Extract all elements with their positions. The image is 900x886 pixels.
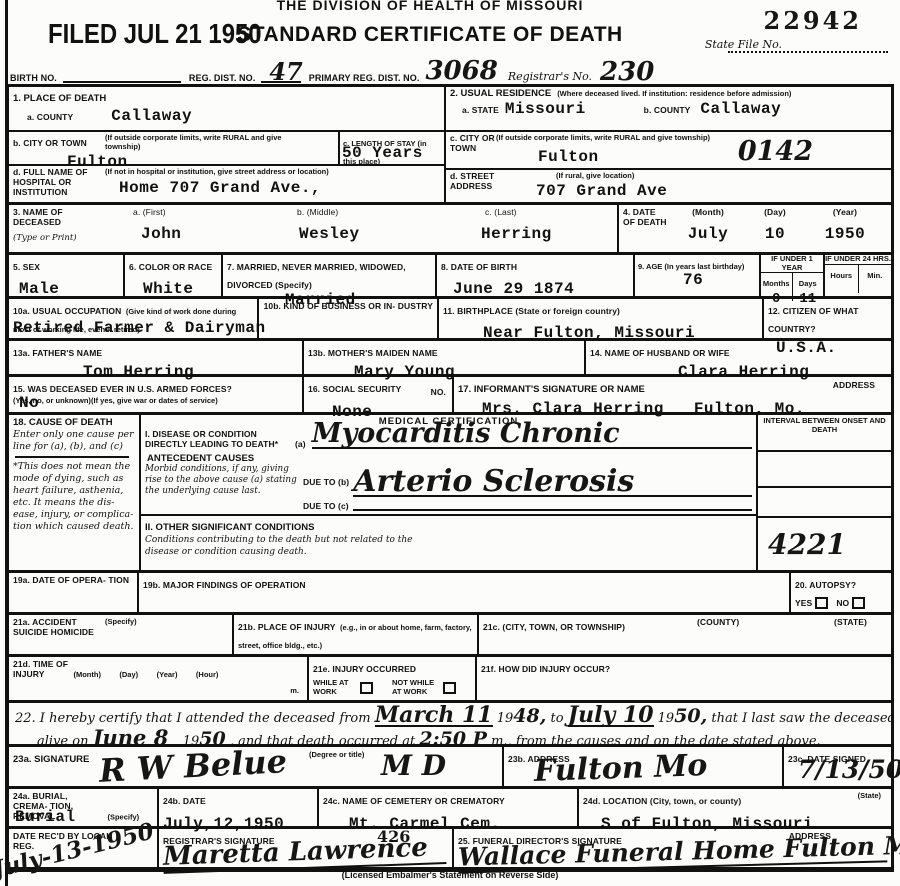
operation-date-cell: 19a. DATE OF OPERA- TION [9, 573, 139, 612]
place-county-cell: 1. PLACE OF DEATH a. COUNTY Callaway [9, 87, 444, 132]
row-operation: 19a. DATE OF OPERA- TION 19b. MAJOR FIND… [9, 573, 891, 615]
reg-dist-label: REG. DIST. NO. [189, 73, 255, 84]
cause-b-label: DUE TO (b) [303, 477, 349, 487]
death-day-value: 10 [747, 225, 803, 243]
cause-note1: Enter only one cause per line for (a), (… [13, 429, 135, 453]
place-county-label: a. COUNTY [27, 112, 73, 122]
certify-pre19a: 19 [497, 711, 514, 726]
injury-occurred-label: 21e. INJURY OCCURRED [313, 664, 416, 674]
signature-address-handwriting: Fulton Mo [533, 748, 707, 789]
how-injury-cell: 21f. HOW DID INJURY OCCUR? [477, 657, 891, 700]
burial-location-cell: 24d. LOCATION (City, town, or county) (S… [579, 789, 891, 826]
primary-reg-number: 3068 [425, 56, 497, 86]
autopsy-yes-label: YES [795, 598, 812, 608]
row-sex-race-age: 5. SEX Male 6. COLOR OR RACE White 7. MA… [9, 255, 891, 299]
place-county-value: Callaway [111, 107, 192, 125]
autopsy-no-checkbox [852, 597, 865, 609]
row-occupation: 10a. USUAL OCCUPATION (Give kind of work… [9, 299, 891, 341]
business-cell: 10b. KIND OF BUSINESS OR IN- DUSTRY [259, 299, 439, 338]
filed-stamp: FILED JUL 21 1950 [48, 17, 262, 50]
under24-label: IF UNDER 24 HRS. [825, 255, 891, 265]
residence-city-cell: c. CITY OR TOWN (If outside corporate li… [446, 132, 891, 170]
degree-label: (Degree or title) [309, 751, 364, 760]
age-cell: 9. AGE (In years last birthday) 76 IF UN… [635, 255, 891, 296]
residence-city-note: (If outside corporate limits, write RURA… [496, 134, 710, 153]
date-signed-handwriting: 7/13/50 [798, 755, 900, 784]
row-registrar: DATE REC'D BY LOCAL REG. July-13-1950 RE… [9, 829, 891, 869]
certify-year2: 50, [674, 705, 707, 727]
place-city-label: b. CITY OR TOWN [13, 138, 87, 148]
not-while-at-work-label: NOT WHILE AT WORK [392, 679, 440, 696]
cemetery-label: 24c. NAME OF CEMETERY OR CREMATORY [323, 796, 505, 806]
row-accident: 21a. ACCIDENT SUICIDE HOMICIDE (Specify)… [9, 615, 891, 657]
residence-city-label: c. CITY OR TOWN [450, 133, 496, 153]
cause-a-value: Myocarditis Chronic [312, 421, 752, 449]
place-city-cell: b. CITY OR TOWN (If outside corporate li… [9, 132, 444, 166]
cause-a-label: (a) [295, 439, 306, 449]
other-conditions-note: Conditions contributing to the death but… [145, 535, 415, 558]
birthplace-label: 11. BIRTHPLACE (State or foreign country… [443, 306, 620, 316]
certify-year1: 48, [513, 705, 546, 727]
last-name-value: Herring [481, 225, 613, 243]
residence-street-value: 707 Grand Ave [536, 182, 667, 200]
first-name-label: a. (First) [133, 207, 275, 217]
residence-state-label: a. STATE [462, 105, 499, 115]
residence-city-value: Fulton [538, 148, 599, 166]
place-city-note: (If outside corporate limits, write RURA… [105, 134, 315, 151]
date-received-cell: DATE REC'D BY LOCAL REG. July-13-1950 [9, 829, 159, 867]
injury-city-cell: 21c. (CITY, TOWN, OR TOWNSHIP) (COUNTY) … [479, 615, 891, 654]
death-date-cell: 4. DATE OF DEATH (Month) July (Day) 10 (… [619, 205, 891, 252]
autopsy-yes-checkbox [815, 597, 828, 609]
medical-certification-cell: MEDICAL CERTIFICATION I. DISEASE OR COND… [141, 415, 758, 570]
spouse-label: 14. NAME OF HUSBAND OR WIFE [590, 348, 730, 358]
row-cause-of-death: 18. CAUSE OF DEATH Enter only one cause … [9, 415, 891, 573]
ssn-cell: 16. SOCIAL SECURITY NO. None [304, 377, 454, 412]
birth-no-label: BIRTH NO. [10, 73, 57, 84]
occupation-value: Retired Farmer & Dairyman [13, 319, 266, 337]
operation-findings-label: 19b. MAJOR FINDINGS OF OPERATION [143, 580, 306, 590]
row-informant: 15. WAS DECEASED EVER IN U.S. ARMED FORC… [9, 377, 891, 415]
injury-occurred-cell: 21e. INJURY OCCURRED WHILE AT WORK NOT W… [309, 657, 477, 700]
certify-seg4: alive on [37, 734, 88, 747]
marital-label: 7. MARRIED, NEVER MARRIED, WIDOWED, DIVO… [227, 262, 406, 290]
how-injury-label: 21f. HOW DID INJURY OCCUR? [481, 664, 610, 674]
days-label: Days [799, 279, 817, 288]
certify-seg6: m., from the causes and on the date stat… [491, 734, 821, 747]
cause-label: 18. CAUSE OF DEATH [13, 417, 135, 428]
funeral-director-cell: 25. FUNERAL DIRECTOR'S SIGNATURE ADDRESS… [454, 829, 891, 867]
place-of-injury-cell: 21b. PLACE OF INJURY (e.g., in or about … [234, 615, 479, 654]
min-label: Min. [867, 271, 882, 280]
interval-line-b [758, 486, 891, 488]
armed-forces-label: 15. WAS DECEASED EVER IN U.S. ARMED FORC… [13, 384, 232, 394]
mother-cell: 13b. MOTHER'S MAIDEN NAME Mary Young [304, 341, 586, 374]
cause-sidebar-cell: 18. CAUSE OF DEATH Enter only one cause … [9, 415, 141, 570]
birth-date-cell: 8. DATE OF BIRTH June 29 1874 [437, 255, 635, 296]
registrar-no-label: Registrar's No. [508, 70, 592, 83]
burial-type-value: Burial [15, 808, 76, 826]
antecedent-note: Morbid conditions, if any, giving rise t… [145, 464, 303, 497]
burial-date-label: 24b. DATE [163, 796, 206, 806]
residence-section-label: 2. USUAL RESIDENCE [450, 88, 551, 99]
injury-time-label: 21d. TIME OF INJURY [13, 659, 69, 679]
race-label: 6. COLOR OR RACE [129, 262, 212, 272]
physician-signature-cell: 23a. SIGNATURE R W Belue (Degree or titl… [9, 747, 504, 786]
place-section-label: 1. PLACE OF DEATH [13, 93, 106, 104]
race-cell: 6. COLOR OR RACE White [125, 255, 223, 296]
institution-value: Home 707 Grand Ave., [119, 179, 321, 197]
occupation-cell: 10a. USUAL OCCUPATION (Give kind of work… [9, 299, 259, 338]
death-year-label: (Year) [803, 207, 887, 217]
state-file-number: 22942 [764, 6, 863, 35]
reg-dist-blank [261, 81, 301, 83]
interval-line-a [758, 450, 891, 452]
burial-location-label: 24d. LOCATION (City, town, or county) [583, 796, 741, 806]
injury-year-label: (Year) [157, 670, 178, 679]
injury-county-label: (COUNTY) [697, 617, 739, 627]
cause-c-label: DUE TO (c) [303, 501, 349, 511]
injury-m-label: m. [290, 687, 299, 696]
registration-line: BIRTH NO. REG. DIST. NO. 47 PRIMARY REG.… [10, 62, 890, 84]
deceased-name-cell: 3. NAME OF DECEASED (Type or Print) a. (… [9, 205, 619, 252]
cause-divider [15, 456, 129, 458]
certify-seg3: that I last saw the deceased [711, 711, 891, 726]
row-signature: 23a. SIGNATURE R W Belue (Degree or titl… [9, 747, 891, 789]
operation-findings-cell: 19b. MAJOR FINDINGS OF OPERATION [139, 573, 791, 612]
cemetery-cell: 24c. NAME OF CEMETERY OR CREMATORY Mt. C… [319, 789, 579, 826]
injury-day-label: (Day) [119, 670, 138, 679]
operation-date-label: 19a. DATE OF OPERA- TION [13, 575, 133, 585]
state-file-label: State File No. [705, 38, 782, 51]
signature-address-cell: 23b. ADDRESS Fulton Mo [504, 747, 784, 786]
length-of-stay-value: 50 Years [342, 144, 423, 162]
residence-street-label: d. STREET ADDRESS [450, 171, 502, 191]
under1-label: IF UNDER 1 YEAR [761, 255, 823, 273]
father-cell: 13a. FATHER'S NAME Tom Herring [9, 341, 304, 374]
autopsy-no-label: NO [836, 598, 849, 608]
autopsy-cell: 20. AUTOPSY? YES NO [791, 573, 891, 612]
injury-time-cell: 21d. TIME OF INJURY (Month) (Day) (Year)… [9, 657, 309, 700]
not-while-at-work-checkbox [443, 682, 456, 694]
certify-seg1: 22. I hereby certify that I attended the… [15, 711, 371, 726]
accident-cell: 21a. ACCIDENT SUICIDE HOMICIDE (Specify) [9, 615, 234, 654]
death-month-value: July [669, 225, 747, 243]
middle-name-value: Wesley [299, 225, 445, 243]
accident-specify-note: (Specify) [105, 618, 137, 652]
race-value: White [143, 280, 217, 298]
injury-month-label: (Month) [73, 670, 100, 679]
armed-forces-cell: 15. WAS DECEASED EVER IN U.S. ARMED FORC… [9, 377, 304, 412]
spouse-cell: 14. NAME OF HUSBAND OR WIFE Clara Herrin… [586, 341, 891, 374]
usual-residence-section: 2. USUAL RESIDENCE (Where deceased lived… [446, 87, 891, 202]
death-day-label: (Day) [747, 207, 803, 217]
row-injury-time: 21d. TIME OF INJURY (Month) (Day) (Year)… [9, 657, 891, 703]
birth-date-value: June 29 1874 [453, 280, 629, 298]
injury-city-label: 21c. (CITY, TOWN, OR TOWNSHIP) [483, 622, 625, 632]
sex-cell: 5. SEX Male [9, 255, 125, 296]
death-date-label: 4. DATE OF DEATH [623, 207, 669, 250]
date-signed-cell: 23c. DATE SIGNED 7/13/50 [784, 747, 891, 786]
hours-label: Hours [830, 271, 852, 280]
ssn-label: 16. SOCIAL SECURITY [308, 384, 401, 394]
death-certificate-page: THE DIVISION OF HEALTH OF MISSOURI STAND… [0, 0, 900, 886]
residence-state-county-cell: 2. USUAL RESIDENCE (Where deceased lived… [446, 87, 891, 132]
deceased-type-note: (Type or Print) [13, 233, 105, 244]
certify-seg2: to [550, 711, 563, 726]
residence-city-handwriting: 0142 [738, 136, 813, 167]
registrar-number: 230 [600, 57, 654, 87]
burial-date-cell: 24b. DATE July,12,1950 [159, 789, 319, 826]
burial-state-label: (State) [858, 792, 881, 801]
father-label: 13a. FATHER'S NAME [13, 348, 102, 358]
burial-specify-note: (Specify) [107, 812, 139, 821]
ssn-no-label: NO. [431, 387, 446, 397]
antecedent-label: ANTECEDENT CAUSES [147, 453, 756, 464]
mother-label: 13b. MOTHER'S MAIDEN NAME [308, 348, 438, 358]
birth-no-blank [63, 81, 181, 83]
certify-year3: 50 [199, 728, 225, 747]
disease-label: I. DISEASE OR CONDITION DIRECTLY LEADING… [145, 429, 295, 449]
birthplace-cell: 11. BIRTHPLACE (State or foreign country… [439, 299, 764, 338]
informant-label: 17. INFORMANT'S SIGNATURE OR NAME [458, 384, 645, 395]
place-of-death-section: 1. PLACE OF DEATH a. COUNTY Callaway b. … [9, 87, 446, 202]
certify-pre19b: 19 [658, 711, 675, 726]
division-heading: THE DIVISION OF HEALTH OF MISSOURI [170, 0, 690, 13]
residence-street-cell: d. STREET ADDRESS (If rural, give locati… [446, 170, 891, 203]
injury-hour-label: (Hour) [196, 670, 219, 679]
row-certification: 22. I hereby certify that I attended the… [9, 703, 891, 747]
place-of-injury-label: 21b. PLACE OF INJURY [238, 622, 336, 632]
occupation-label: 10a. USUAL OCCUPATION [13, 306, 121, 316]
sex-value: Male [19, 280, 119, 298]
row-place-residence: 1. PLACE OF DEATH a. COUNTY Callaway b. … [9, 87, 891, 205]
header: THE DIVISION OF HEALTH OF MISSOURI STAND… [0, 0, 900, 84]
signature-label: 23a. SIGNATURE [13, 754, 89, 765]
degree-handwriting: M D [381, 749, 446, 782]
informant-cell: 17. INFORMANT'S SIGNATURE OR NAME ADDRES… [454, 377, 891, 412]
certify-from-date: March 11 [375, 707, 493, 727]
citizen-cell: 12. CITIZEN OF WHAT COUNTRY? U.S.A. [764, 299, 891, 338]
cause-code-handwriting: 4221 [768, 528, 891, 561]
death-month-label: (Month) [669, 207, 747, 217]
interval-line-c [758, 516, 891, 518]
while-at-work-label: WHILE AT WORK [313, 679, 357, 696]
registrar-signature-cell: REGISTRAR'S SIGNATURE 426 Maretta Lawren… [159, 829, 454, 867]
death-year-value: 1950 [803, 225, 887, 243]
middle-name-label: b. (Middle) [297, 207, 445, 217]
certify-time: 2:50 P [419, 732, 487, 747]
injury-state-label: (STATE) [834, 617, 867, 627]
residence-section-note: (Where deceased lived. If institution: r… [557, 90, 791, 99]
interval-label: INTERVAL BETWEEN ONSET AND DEATH [758, 415, 891, 436]
state-file-line [728, 51, 888, 53]
cause-note2: *This does not mean the mode of dying, s… [13, 461, 135, 532]
age-label: 9. AGE (In years last birthday) [638, 262, 744, 271]
armed-forces-note2: (If yes, give war or dates of service) [91, 397, 298, 406]
certify-to-date: July 10 [568, 707, 654, 727]
place-institution-cell: d. FULL NAME OF HOSPITAL OR INSTITUTION … [9, 166, 444, 201]
physician-signature-handwriting: R W Belue [98, 742, 288, 790]
business-label: 10b. KIND OF BUSINESS OR IN- DUSTRY [263, 301, 433, 311]
residence-county-value: Callaway [700, 100, 781, 118]
cause-b-value: Arterio Sclerosis [353, 468, 752, 497]
armed-forces-value: No [19, 394, 39, 412]
while-at-work-checkbox [360, 682, 373, 694]
informant-address-label: ADDRESS [833, 380, 875, 390]
last-name-label: c. (Last) [485, 207, 613, 217]
months-label: Months [763, 279, 790, 288]
marital-cell: 7. MARRIED, NEVER MARRIED, WIDOWED, DIVO… [223, 255, 437, 296]
residence-county-label: b. COUNTY [644, 105, 691, 115]
first-name-value: John [141, 225, 275, 243]
certify-alive-date: June 8 [93, 730, 179, 747]
reverse-side-note: (Licensed Embalmer's Statement on Revers… [0, 870, 900, 880]
other-conditions-label: II. OTHER SIGNIFICANT CONDITIONS [145, 522, 314, 533]
institution-label: d. FULL NAME OF HOSPITAL OR INSTITUTION [13, 167, 105, 198]
residence-state-value: Missouri [505, 100, 586, 118]
autopsy-label: 20. AUTOPSY? [795, 580, 856, 590]
certificate-form: 1. PLACE OF DEATH a. COUNTY Callaway b. … [6, 84, 894, 872]
age-value: 76 [683, 271, 703, 289]
cause-c-blank [353, 499, 752, 511]
row-parents: 13a. FATHER'S NAME Tom Herring 13b. MOTH… [9, 341, 891, 377]
certify-pre19c: 19 [183, 734, 200, 747]
row-name-deathdate: 3. NAME OF DECEASED (Type or Print) a. (… [9, 205, 891, 255]
birthplace-value: Near Fulton, Missouri [483, 324, 758, 342]
citizen-label: 12. CITIZEN OF WHAT COUNTRY? [768, 306, 859, 334]
birth-date-label: 8. DATE OF BIRTH [441, 262, 517, 272]
primary-reg-label: PRIMARY REG. DIST. NO. [309, 73, 420, 84]
accident-label: 21a. ACCIDENT SUICIDE HOMICIDE [13, 617, 105, 652]
interval-cell: INTERVAL BETWEEN ONSET AND DEATH 4221 [758, 415, 891, 570]
sex-label: 5. SEX [13, 262, 40, 272]
deceased-label: 3. NAME OF DECEASED [13, 207, 105, 227]
